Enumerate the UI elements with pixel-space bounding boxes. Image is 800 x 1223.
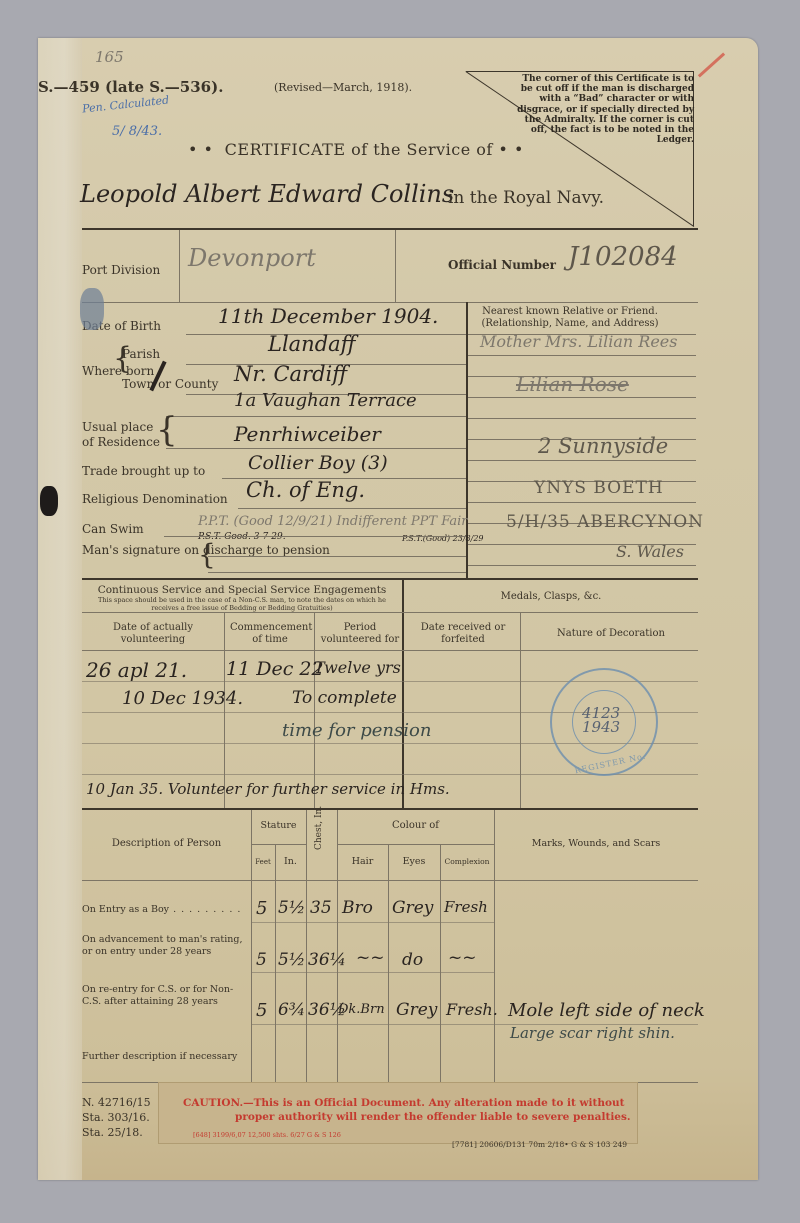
divider [337, 844, 494, 845]
annotation-pen-calculated: Pen. Calculated [82, 93, 170, 115]
trade-label: Trade brought up to [82, 464, 205, 478]
service-note: This space should be used in the case of… [82, 597, 402, 612]
ink-blot [40, 486, 58, 516]
divider [166, 448, 466, 449]
divider [251, 922, 494, 923]
desc-complexion: ~~ [448, 948, 477, 968]
stature-label: Stature [251, 820, 306, 831]
col-commencement: Commencement of time [230, 622, 310, 646]
chest-label: Chest, In. [314, 806, 324, 850]
corner-note: The corner of this Certificate is to be … [508, 74, 694, 145]
port-division-value: Devonport [188, 244, 316, 272]
col-nature-decoration: Nature of Decoration [524, 628, 698, 639]
service-volunteered: 26 apl 21. [86, 658, 187, 682]
relative-line: 2 Sunnyside [538, 434, 668, 458]
divider [224, 612, 225, 808]
desc-row-label: On re-entry for C.S. or for Non-C.S. aft… [82, 984, 248, 1008]
red-mark [698, 53, 725, 78]
desc-chest: 35 [310, 898, 332, 918]
desc-row-label: Further description if necessary [82, 1050, 248, 1064]
in-label: In. [275, 856, 306, 867]
residence-label: Usual place of Residence [82, 420, 164, 450]
caution-label: CAUTION.—This is an Official Document. A… [158, 1082, 638, 1144]
official-number-label: Official Number [448, 258, 556, 272]
annotation-initials: 5/ 8/43. [112, 124, 162, 139]
parish-label: Parish [122, 347, 160, 361]
divider [468, 460, 696, 461]
col-date-volunteering: Date of actually volunteering [82, 622, 224, 646]
divider [82, 612, 698, 613]
residence-line2: Penrhiwceiber [234, 422, 381, 446]
divider [82, 650, 698, 651]
footer-refs: N. 42716/15 Sta. 303/16. Sta. 25/18. [82, 1095, 151, 1140]
relative-line: 5/H/35 ABERCYNON [506, 512, 704, 532]
divider [275, 844, 276, 1092]
desc-eyes: Grey [392, 898, 433, 918]
divider [306, 810, 307, 1092]
desc-marks: Mole left side of neck [508, 1000, 705, 1021]
eyes-label: Eyes [388, 856, 440, 867]
desc-chest: 36¼ [308, 950, 346, 970]
divider [82, 808, 698, 810]
divider [395, 230, 396, 302]
desc-in: 6¾ [278, 1000, 305, 1020]
form-revised: (Revised—March, 1918). [274, 81, 412, 94]
divider [251, 972, 494, 973]
swim-pencil-value: P.P.T. (Good 12/9/21) Indifferent PPT Fa… [198, 514, 467, 529]
service-period: Twelve yrs [314, 658, 401, 677]
divider [388, 844, 389, 1092]
residence-line1: 1a Vaughan Terrace [234, 390, 417, 411]
desc-in: 5½ [278, 898, 305, 918]
relative-line: Mother Mrs. Lilian Rees [480, 332, 677, 351]
colour-label: Colour of [337, 820, 494, 831]
divider [468, 397, 696, 398]
divider [82, 228, 698, 230]
desc-row-label: On advancement to man's rating, or on en… [82, 934, 248, 958]
col-period: Period volunteered for [318, 622, 402, 646]
relative-line: Lilian Rose [516, 372, 629, 396]
divider [468, 355, 696, 356]
divider [251, 810, 252, 1092]
desc-complexion: Fresh. [446, 1000, 498, 1019]
service-period: To complete [292, 688, 397, 708]
divider [468, 502, 696, 503]
relative-line: S. Wales [616, 542, 684, 561]
divider [164, 536, 466, 537]
divider [208, 572, 466, 573]
divider [208, 556, 466, 557]
royal-navy-label: in the Royal Navy. [448, 188, 604, 208]
parish-value: Llandaff [268, 332, 356, 356]
desc-marks: Large scar right shin. [510, 1024, 675, 1042]
divider [238, 508, 466, 509]
divider [82, 880, 698, 881]
relative-header: Nearest known Relative or Friend. (Relat… [470, 306, 670, 330]
service-header: Continuous Service and Special Service E… [82, 584, 402, 596]
sailor-name: Leopold Albert Edward Collins [80, 180, 454, 208]
desc-hair: Dk.Brn [338, 1002, 385, 1017]
divider [520, 612, 521, 808]
trade-value: Collier Boy (3) [248, 452, 388, 474]
desc-complexion: Fresh [444, 898, 488, 916]
service-period: time for pension [282, 720, 431, 741]
description-header: Description of Person [82, 838, 251, 849]
hair-label: Hair [337, 856, 388, 867]
service-commencement: 11 Dec 22 [226, 658, 324, 680]
desc-hair: Bro [342, 898, 373, 918]
dob-value: 11th December 1904. [218, 304, 438, 328]
desc-hair: ~~ [356, 948, 385, 968]
page-number: 165 [95, 48, 124, 66]
divider [468, 565, 696, 566]
divider [468, 418, 696, 419]
town-value: Nr. Cardiff [234, 362, 347, 386]
desc-eyes: do [402, 950, 423, 970]
col-date-received: Date received or forfeited [406, 622, 520, 646]
religion-value: Ch. of Eng. [246, 478, 365, 502]
register-stamp: 4123 1943 REGISTER No. [550, 668, 658, 776]
brace: { [156, 410, 178, 450]
divider [402, 580, 404, 810]
service-footer-entry: 10 Jan 35. Volunteer for further service… [86, 780, 450, 798]
desc-row-label: On Entry as a Boy [82, 904, 241, 915]
official-number-value: J102084 [568, 242, 678, 272]
blue-stain [80, 288, 104, 330]
divider [314, 612, 315, 808]
town-label: Town or County [122, 377, 218, 391]
divider [440, 844, 441, 1092]
divider [82, 578, 698, 580]
medals-header: Medals, Clasps, &c. [404, 591, 698, 602]
service-volunteered: 10 Dec 1934. [122, 688, 243, 709]
divider [251, 844, 306, 845]
printer-imprint: [7781] 20606/D131 70m 2/18• G & S 103 24… [452, 1140, 627, 1149]
swim-label: Can Swim [82, 522, 144, 536]
service-certificate: 165 S.—459 (late S.—536). (Revised—March… [38, 38, 758, 1180]
feet-label: Feet [251, 858, 275, 866]
desc-feet: 5 [256, 950, 267, 970]
desc-feet: 5 [256, 898, 267, 919]
desc-eyes: Grey [396, 1000, 437, 1020]
marks-label: Marks, Wounds, and Scars [494, 838, 698, 849]
complexion-label: Complexion [440, 857, 494, 866]
form-code: S.—459 (late S.—536). [38, 78, 223, 96]
divider [179, 230, 180, 302]
divider [82, 302, 698, 303]
divider [166, 416, 466, 417]
divider [494, 810, 495, 1092]
desc-feet: 5 [256, 1000, 267, 1021]
religion-label: Religious Denomination [82, 492, 228, 506]
desc-in: 5½ [278, 950, 305, 970]
port-division-label: Port Division [82, 263, 160, 277]
relative-line: YNYS BOETH [534, 478, 664, 498]
